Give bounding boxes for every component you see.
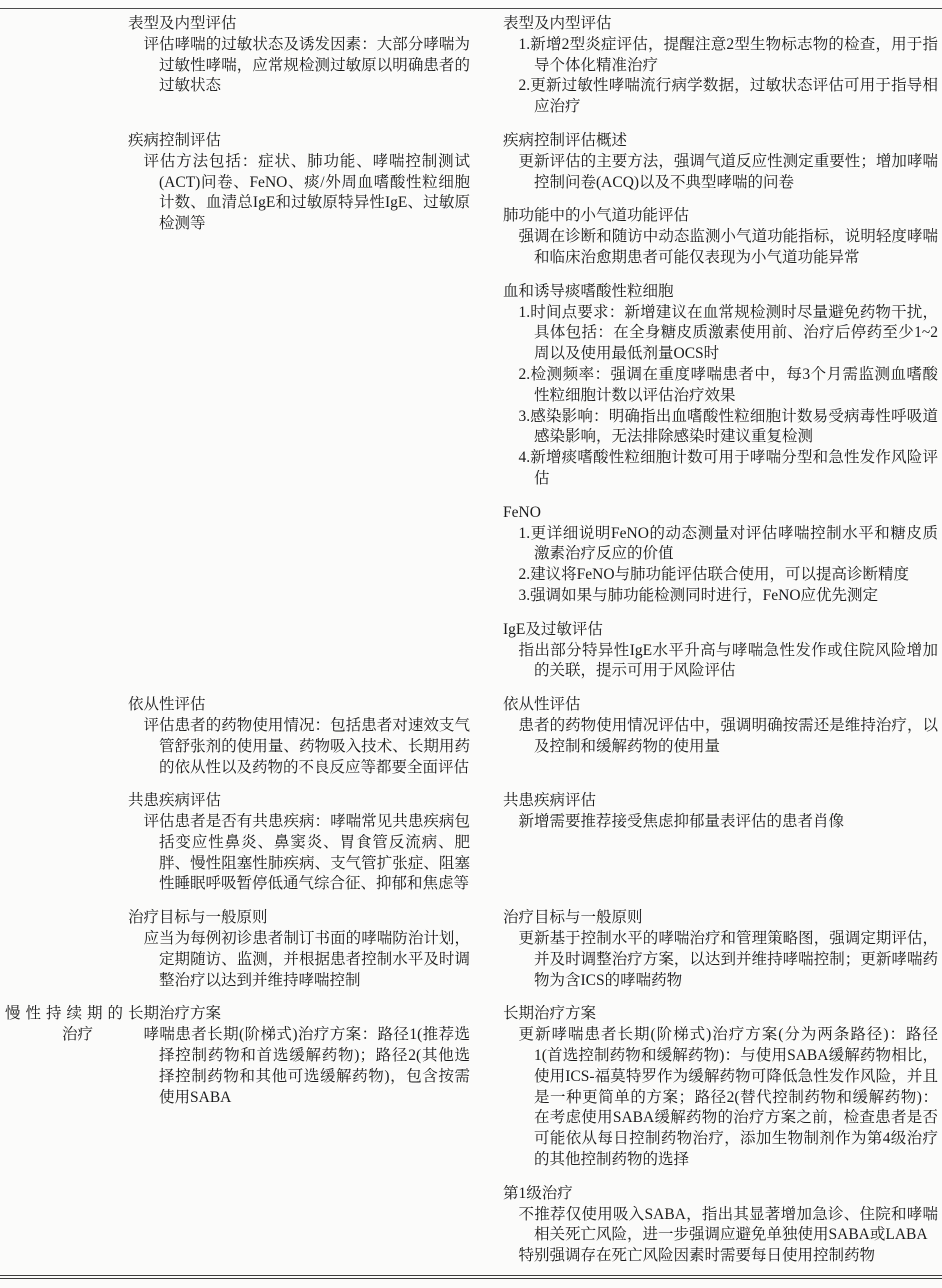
section-title: 表型及内型评估 [503,14,938,35]
section: 表型及内型评估1.新增2型炎症评估，提醒注意2型生物标志物的检查，用于指导个体化… [503,14,938,118]
section-paragraph: 更新评估的主要方法，强调气道反应性测定重要性；增加哮喘控制问卷(ACQ)以及不典… [503,152,938,194]
section-list-item: 3.感染影响：明确指出血嗜酸性粒细胞计数易受病毒性呼吸道感染影响，无法排除感染时… [503,407,938,449]
section: 治疗目标与一般原则应当为每例初诊患者制订书面的哮喘防治计划，定期随访、监测，并根… [128,908,470,991]
section: 治疗目标与一般原则更新基于控制水平的哮喘治疗和管理策略图，强调定期评估，并及时调… [503,908,938,991]
section: IgE及过敏评估指出部分特异性IgE水平升高与哮喘急性发作或住院风险增加的关联，… [503,620,938,682]
right-column-cell: 依从性评估患者的药物使用情况评估中，强调明确按需还是维持治疗，以及控制和缓解药物… [503,695,938,770]
table-body: 表型及内型评估评估哮喘的过敏状态及诱发因素：大部分哮喘为过敏性哮喘，应常规检测过… [5,14,938,1280]
section-title: 治疗目标与一般原则 [128,908,470,929]
section-paragraph: 哮喘患者长期(阶梯式)治疗方案：路径1(推荐选择控制药物和首选缓解药物)；路径2… [128,1025,470,1108]
section: 疾病控制评估评估方法包括：症状、肺功能、哮喘控制测试(ACT)问卷、FeNO、痰… [128,131,470,235]
section: 共患疾病评估新增需要推荐接受焦虑抑郁量表评估的患者肖像 [503,791,938,833]
section-title: 第1级治疗 [503,1184,938,1205]
right-column-cell: 共患疾病评估新增需要推荐接受焦虑抑郁量表评估的患者肖像 [503,791,938,846]
table-row: 治疗目标与一般原则应当为每例初诊患者制订书面的哮喘防治计划，定期随访、监测，并根… [5,908,938,1004]
section-title: 治疗目标与一般原则 [503,908,938,929]
section-paragraph: 应当为每例初诊患者制订书面的哮喘防治计划，定期随访、监测，并根据患者控制水平及时… [128,929,470,991]
section-title: 共患疾病评估 [503,791,938,812]
section-list-item: 1.时间点要求：新增建议在血常规检测时尽量避免药物干扰，具体包括：在全身糖皮质激… [503,303,938,365]
section: 长期治疗方案更新哮喘患者长期(阶梯式)治疗方案(分为两条路径)：路径1(首选控制… [503,1004,938,1170]
middle-column-cell: 治疗目标与一般原则应当为每例初诊患者制订书面的哮喘防治计划，定期随访、监测，并根… [128,908,470,1004]
table-row: 疾病控制评估评估方法包括：症状、肺功能、哮喘控制测试(ACT)问卷、FeNO、痰… [5,131,938,695]
section: 依从性评估患者的药物使用情况评估中，强调明确按需还是维持治疗，以及控制和缓解药物… [503,695,938,757]
middle-column-cell: 共患疾病评估评估患者是否有共患疾病：哮喘常见共患疾病包括变应性鼻炎、鼻窦炎、胃食… [128,791,470,908]
section: 表型及内型评估评估哮喘的过敏状态及诱发因素：大部分哮喘为过敏性哮喘，应常规检测过… [128,14,470,97]
section-paragraph: 强调在诊断和随访中动态监测小气道功能指标，说明轻度哮喘和临床治愈期患者可能仅表现… [503,227,938,269]
section-title: 长期治疗方案 [128,1004,470,1025]
section-title: 依从性评估 [128,695,470,716]
section-list-item: 2.建议将FeNO与肺功能评估联合使用，可以提高诊断精度 [503,565,938,586]
section-paragraph: 指出部分特异性IgE水平升高与哮喘急性发作或住院风险增加的关联，提示可用于风险评… [503,641,938,683]
section-paragraph: 更新哮喘患者长期(阶梯式)治疗方案(分为两条路径)：路径1(首选控制药物和缓解药… [503,1025,938,1171]
section: 共患疾病评估评估患者是否有共患疾病：哮喘常见共患疾病包括变应性鼻炎、鼻窦炎、胃食… [128,791,470,895]
journal-table-page: 表型及内型评估评估哮喘的过敏状态及诱发因素：大部分哮喘为过敏性哮喘，应常规检测过… [0,0,942,1288]
section-title: 血和诱导痰嗜酸性粒细胞 [503,282,938,303]
section-paragraph: 新增需要推荐接受焦虑抑郁量表评估的患者肖像 [503,812,938,833]
table-row: 共患疾病评估评估患者是否有共患疾病：哮喘常见共患疾病包括变应性鼻炎、鼻窦炎、胃食… [5,791,938,908]
right-column-cell: 表型及内型评估1.新增2型炎症评估，提醒注意2型生物标志物的检查，用于指导个体化… [503,14,938,131]
section: FeNO1.更详细说明FeNO的动态测量对评估哮喘控制水平和糖皮质激素治疗反应的… [503,503,938,607]
middle-column-cell: 长期治疗方案哮喘患者长期(阶梯式)治疗方案：路径1(推荐选择控制药物和首选缓解药… [128,1004,470,1121]
table-bottom-rule [0,1275,942,1279]
middle-column-cell: 疾病控制评估评估方法包括：症状、肺功能、哮喘控制测试(ACT)问卷、FeNO、痰… [128,131,470,248]
right-column-cell: 治疗目标与一般原则更新基于控制水平的哮喘治疗和管理策略图，强调定期评估，并及时调… [503,908,938,1004]
section-list-item: 4.新增痰嗜酸性粒细胞计数可用于哮喘分型和急性发作风险评估 [503,448,938,490]
section-title: 共患疾病评估 [128,791,470,812]
middle-column-cell: 依从性评估评估患者的药物使用情况：包括患者对速效支气管舒张剂的使用量、药物吸入技… [128,695,470,791]
section-title: 疾病控制评估 [128,131,470,152]
section: 疾病控制评估概述更新评估的主要方法，强调气道反应性测定重要性；增加哮喘控制问卷(… [503,131,938,193]
section-paragraph: 特别强调存在死亡风险因素时需要每日使用控制药物 [503,1246,938,1267]
section: 肺功能中的小气道功能评估强调在诊断和随访中动态监测小气道功能指标，说明轻度哮喘和… [503,206,938,268]
section-title: 表型及内型评估 [128,14,470,35]
row-label-line: 慢性持续期的 [5,1004,123,1025]
section-list-item: 2.检测频率：强调在重度哮喘患者中，每3个月需监测血嗜酸性粒细胞计数以评估治疗效… [503,365,938,407]
row-label-cell: 慢性持续期的治疗 [5,1004,123,1046]
middle-column-cell: 表型及内型评估评估哮喘的过敏状态及诱发因素：大部分哮喘为过敏性哮喘，应常规检测过… [128,14,470,110]
section: 长期治疗方案哮喘患者长期(阶梯式)治疗方案：路径1(推荐选择控制药物和首选缓解药… [128,1004,470,1108]
section-title: 疾病控制评估概述 [503,131,938,152]
section-title: 长期治疗方案 [503,1004,938,1025]
right-column-cell: 长期治疗方案更新哮喘患者长期(阶梯式)治疗方案(分为两条路径)：路径1(首选控制… [503,1004,938,1280]
section-paragraph: 评估方法包括：症状、肺功能、哮喘控制测试(ACT)问卷、FeNO、痰/外周血嗜酸… [128,152,470,235]
table-top-rule [0,8,942,9]
section-paragraph: 评估哮喘的过敏状态及诱发因素：大部分哮喘为过敏性哮喘，应常规检测过敏原以明确患者… [128,35,470,97]
section-title: 依从性评估 [503,695,938,716]
section-paragraph: 患者的药物使用情况评估中，强调明确按需还是维持治疗，以及控制和缓解药物的使用量 [503,716,938,758]
section-paragraph: 更新基于控制水平的哮喘治疗和管理策略图，强调定期评估，并及时调整治疗方案，以达到… [503,929,938,991]
table-row: 表型及内型评估评估哮喘的过敏状态及诱发因素：大部分哮喘为过敏性哮喘，应常规检测过… [5,14,938,131]
section-paragraph: 不推荐仅使用吸入SABA，指出其显著增加急诊、住院和哮喘相关死亡风险，进一步强调… [503,1205,938,1247]
section: 第1级治疗不推荐仅使用吸入SABA，指出其显著增加急诊、住院和哮喘相关死亡风险，… [503,1184,938,1267]
section-title: FeNO [503,503,938,524]
right-column-cell: 疾病控制评估概述更新评估的主要方法，强调气道反应性测定重要性；增加哮喘控制问卷(… [503,131,938,695]
section-title: 肺功能中的小气道功能评估 [503,206,938,227]
section-list-item: 2.更新过敏性哮喘流行病学数据，过敏状态评估可用于指导相应治疗 [503,76,938,118]
section-paragraph: 评估患者是否有共患疾病：哮喘常见共患疾病包括变应性鼻炎、鼻窦炎、胃食管反流病、肥… [128,812,470,895]
section-list-item: 3.强调如果与肺功能检测同时进行，FeNO应优先测定 [503,586,938,607]
row-label-line: 治疗 [5,1025,123,1046]
section-list-item: 1.更详细说明FeNO的动态测量对评估哮喘控制水平和糖皮质激素治疗反应的价值 [503,524,938,566]
section: 依从性评估评估患者的药物使用情况：包括患者对速效支气管舒张剂的使用量、药物吸入技… [128,695,470,778]
section-paragraph: 评估患者的药物使用情况：包括患者对速效支气管舒张剂的使用量、药物吸入技术、长期用… [128,716,470,778]
section-title: IgE及过敏评估 [503,620,938,641]
table-row: 慢性持续期的治疗长期治疗方案哮喘患者长期(阶梯式)治疗方案：路径1(推荐选择控制… [5,1004,938,1280]
table-row: 依从性评估评估患者的药物使用情况：包括患者对速效支气管舒张剂的使用量、药物吸入技… [5,695,938,791]
section-list-item: 1.新增2型炎症评估，提醒注意2型生物标志物的检查，用于指导个体化精准治疗 [503,35,938,77]
section: 血和诱导痰嗜酸性粒细胞1.时间点要求：新增建议在血常规检测时尽量避免药物干扰，具… [503,282,938,490]
